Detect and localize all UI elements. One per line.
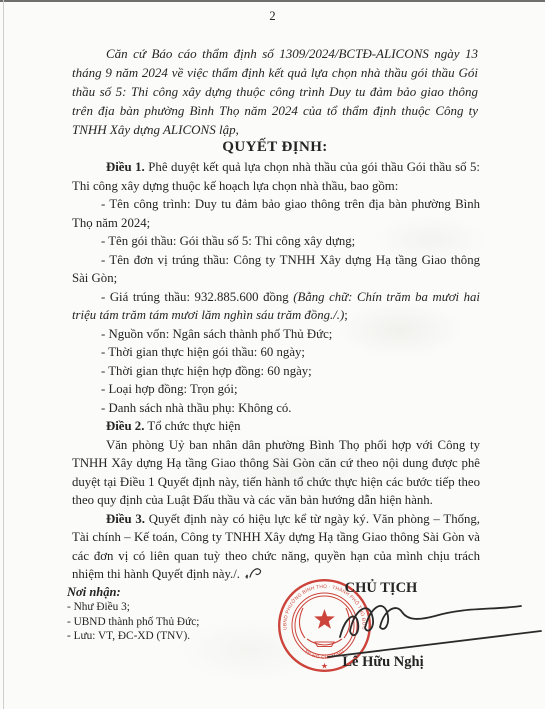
article-3-label: Điều 3. [106,512,145,526]
list-item-winning-contractor: - Tên đơn vị trúng thầu: Công ty TNHH Xâ… [72,251,480,288]
article-2-body: Văn phòng Uỷ ban nhân dân phường Bình Th… [72,436,480,510]
preamble-paragraph: Căn cứ Báo cáo thẩm định số 1309/2024/BC… [72,44,478,139]
list-item-subcontractors: - Danh sách nhà thầu phụ: Không có. [72,399,480,418]
scan-edge-left [3,0,4,709]
list-item-package-name: - Tên gói thầu: Gói thầu số 5: Thi công … [72,232,480,251]
list-item-contract-duration: - Thời gian thực hiện hợp đồng: 60 ngày; [72,362,480,381]
recipient-line: - Lưu: VT, ĐC-XD (TNV). [67,629,297,644]
scan-edge-top [0,0,545,2]
recipients-title: Nơi nhận: [67,585,297,600]
list-item-package-duration: - Thời gian thực hiện gói thầu: 60 ngày; [72,343,480,362]
scanned-decision-page: 2 Căn cứ Báo cáo thẩm định số 1309/2024/… [0,0,545,709]
article-1-label: Điều 1. [106,160,145,174]
recipients-block: Nơi nhận: - Như Điều 3; - UBND thành phố… [67,585,297,644]
recipient-line: - Như Điều 3; [67,600,297,615]
list-item-winning-price: - Giá trúng thầu: 932.885.600 đồng (Bằng… [72,288,480,325]
list-item-contract-type: - Loại hợp đồng: Trọn gói; [72,380,480,399]
page-number: 2 [0,9,545,24]
signature-ink [325,593,545,668]
signature-flourish [340,606,521,637]
recipient-line: - UBND thành phố Thủ Đức; [67,615,297,630]
article-2-title: Điều 2. Tổ chức thực hiện [72,417,480,436]
article-2-label: Điều 2. [106,419,144,433]
signature-underline [328,631,541,657]
decision-body: Điều 1. Phê duyệt kết quả lựa chọn nhà t… [72,158,480,584]
winning-price-end: ; [344,308,348,322]
list-item-funding-source: - Nguồn vốn: Ngân sách thành phố Thủ Đức… [72,325,480,344]
winning-price-text: - Giá trúng thầu: 932.885.600 đồng [101,290,293,304]
article-2-title-text: Tổ chức thực hiện [144,419,240,433]
handwritten-initial-icon [244,566,264,580]
list-item-project-name: - Tên công trình: Duy tu đảm bảo giao th… [72,195,480,232]
article-1-paragraph: Điều 1. Phê duyệt kết quả lựa chọn nhà t… [72,158,480,195]
decision-heading: QUYẾT ĐỊNH: [72,139,478,156]
article-3-paragraph: Điều 3. Quyết định này có hiệu lực kể từ… [72,510,480,584]
